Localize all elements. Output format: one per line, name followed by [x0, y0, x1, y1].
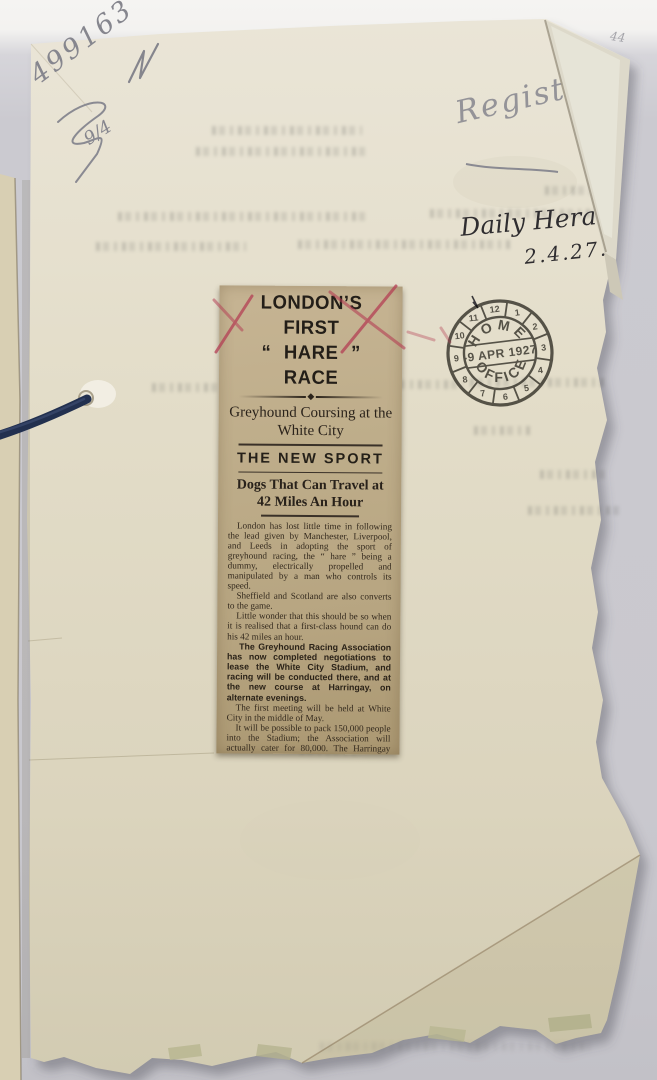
- bleedthrough-text: [540, 470, 606, 479]
- diagonal-crease: [302, 855, 640, 1063]
- svg-text:HOME: HOME: [462, 313, 533, 351]
- svg-text:9: 9: [453, 353, 459, 364]
- svg-text:4: 4: [537, 365, 543, 376]
- body-paragraph: The first meeting will be held at White …: [227, 702, 391, 723]
- punch-hole: [79, 391, 93, 405]
- registry-annotation: Registry: [452, 63, 604, 131]
- file-number-annotation: 499163: [24, 0, 139, 91]
- tape-remnant: [256, 1044, 292, 1060]
- body-paragraph: London has lost little time in following…: [228, 520, 392, 592]
- body-paragraph: Little wonder that this should be so whe…: [227, 611, 391, 642]
- svg-text:6: 6: [502, 391, 508, 402]
- diamond-rule-icon: ◆: [305, 392, 316, 401]
- bleedthrough-text: [96, 242, 246, 251]
- svg-text:2: 2: [532, 321, 538, 332]
- bleedthrough-mirrored-text: [320, 1042, 590, 1051]
- archival-document-photo: 499163 9/4 Registry 44 Daily Herald 2.4.…: [0, 0, 657, 1080]
- left-sheet-edge: [0, 174, 21, 1080]
- body-paragraph: Sheffield and Scotland are also converts…: [227, 591, 391, 612]
- deck-line-2: 42 Miles An Hour: [228, 493, 392, 511]
- bleedthrough-text: [545, 186, 615, 195]
- newspaper-clipping: LONDON’S FIRST “ HARE ” RACE ◆ Greyhound…: [216, 285, 402, 754]
- subhead-line-2: White City: [229, 421, 393, 440]
- svg-text:1: 1: [514, 307, 520, 318]
- bleedthrough-text: [298, 240, 513, 249]
- source-date-annotation: 2.4.27.: [523, 236, 609, 269]
- svg-text:11: 11: [468, 312, 479, 323]
- stamp-top-text: HOME: [462, 313, 533, 351]
- section-rule: [261, 515, 359, 517]
- headline-line-1: LONDON’S FIRST: [229, 290, 393, 341]
- clipping-body: London has lost little time in following…: [226, 520, 392, 755]
- headline-line-2: “ HARE ” RACE: [229, 339, 393, 390]
- tape-remnant: [168, 1044, 202, 1060]
- svg-text:12: 12: [489, 304, 500, 315]
- clipping-subhead: Greyhound Coursing at the White City: [229, 403, 393, 440]
- bleedthrough-text: [196, 147, 366, 156]
- tape-remnant: [428, 1026, 466, 1042]
- registry-underline: [466, 164, 558, 172]
- paper-scuff: [80, 380, 116, 408]
- pencil-checkmark-icon: [129, 44, 158, 82]
- svg-text:3: 3: [541, 342, 547, 353]
- body-paragraph-bold: The Greyhound Racing Association has now…: [227, 641, 391, 703]
- clipping-headline: LONDON’S FIRST “ HARE ” RACE: [229, 290, 394, 391]
- stamp-date: -9 APR 1927: [462, 342, 538, 365]
- bleedthrough-text: [470, 378, 605, 387]
- bleedthrough-text: [474, 426, 532, 435]
- deck-line-1: Dogs That Can Travel at: [228, 476, 392, 494]
- treasury-tag-cord: [0, 399, 87, 436]
- date-fraction-annotation: 9/4: [80, 116, 116, 149]
- stamp-ring-ticks: [445, 298, 555, 408]
- bottom-crease-region: [302, 855, 640, 1063]
- bleedthrough-text: [528, 506, 620, 515]
- clipping-section-head: THE NEW SPORT: [228, 449, 392, 468]
- body-paragraph: It will be possible to pack 150,000 peop…: [226, 722, 390, 754]
- section-rule: [238, 444, 382, 447]
- bleedthrough-text: [118, 212, 368, 221]
- bleedthrough-text: [212, 126, 362, 135]
- ink-mark: [472, 296, 478, 308]
- headline-divider: ◆: [239, 392, 383, 402]
- svg-text:7: 7: [480, 388, 486, 399]
- subhead-line-1: Greyhound Coursing at the: [229, 403, 393, 422]
- stamp-outer-ring: [442, 295, 558, 411]
- clipping-deck: Dogs That Can Travel at 42 Miles An Hour: [228, 476, 392, 511]
- corner-pencil-mark: 44: [609, 29, 626, 45]
- source-title-annotation: Daily Herald: [459, 199, 621, 242]
- section-rule: [238, 471, 382, 474]
- tape-remnant: [548, 1014, 592, 1032]
- stamp-clock-numbers: 12 1 2 3 4 5 6 7 8 9 10 11: [448, 299, 552, 408]
- svg-text:10: 10: [454, 330, 465, 341]
